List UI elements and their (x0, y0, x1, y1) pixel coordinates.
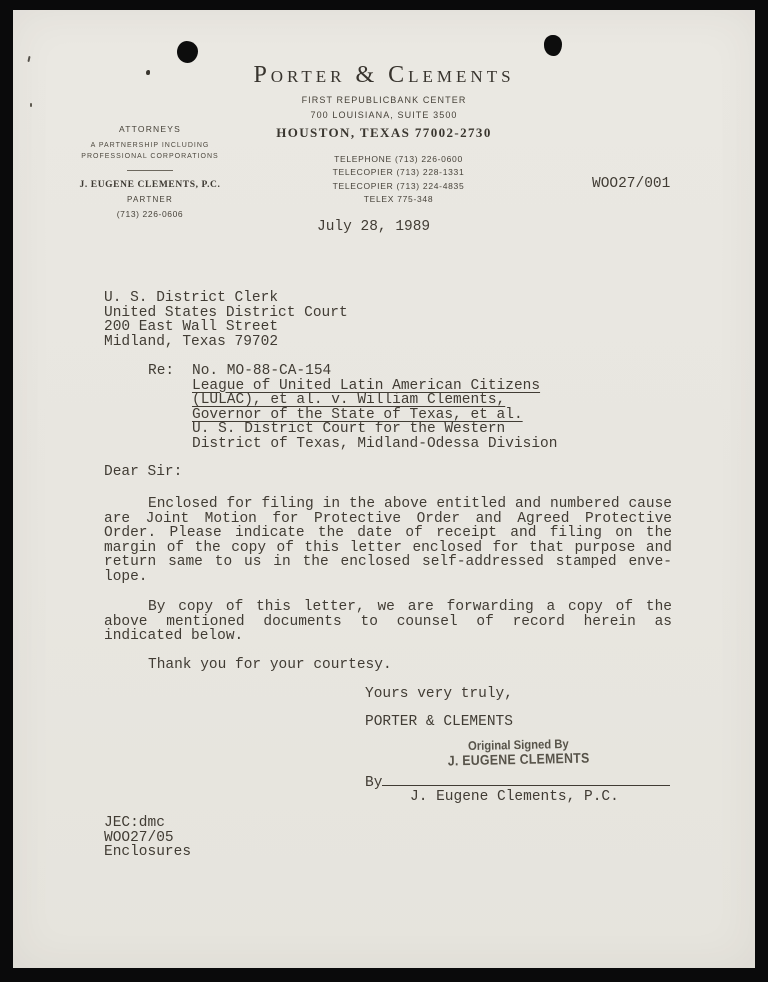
case-party-line: (LULAC), et al. v. William Clements, (192, 393, 557, 408)
partnership-line-1: A PARTNERSHIP INCLUDING (71, 140, 229, 151)
partnership-line-2: PROFESSIONAL CORPORATIONS (71, 151, 229, 162)
typed-signer-name: J. Eugene Clements, P.C. (410, 790, 619, 805)
attorneys-title: ATTORNEYS (71, 124, 229, 134)
telecopier-line-1: TELECOPIER (713) 228-1331 (296, 166, 501, 179)
court-line: District of Texas, Midland-Odessa Divisi… (192, 437, 557, 452)
body-line: lope. (104, 570, 672, 585)
re-block: No. MO-88-CA-154 League of United Latin … (192, 364, 557, 451)
body-line: return same to us in the enclosed self-a… (104, 555, 672, 570)
thanks-line: Thank you for your courtesy. (148, 658, 392, 673)
typist-initials: JEC:dmc (104, 816, 191, 831)
salutation: Dear Sir: (104, 465, 182, 480)
body-line: Order. Please indicate the date of recei… (104, 526, 672, 541)
signature-by-line: By (365, 772, 670, 791)
case-party-line: Governor of the State of Texas, et al. (192, 408, 557, 423)
attorney-name: J. EUGENE CLEMENTS, P.C. (71, 180, 229, 190)
body-line: margin of the copy of this letter enclos… (104, 541, 672, 556)
letterhead-building: FIRST REPUBLICBANK CENTER (13, 95, 755, 105)
body-paragraph-2: By copy of this letter, we are forwardin… (104, 600, 672, 644)
body-line: indicated below. (104, 629, 672, 644)
footer-block: JEC:dmc WOO27/05 Enclosures (104, 816, 191, 860)
recipient-line: United States District Court (104, 306, 348, 321)
enclosures-note: Enclosures (104, 845, 191, 860)
signature-line (382, 772, 670, 786)
attorney-phone: (713) 226-0606 (71, 209, 229, 219)
letterhead-contact: TELEPHONE (713) 226-0600 TELECOPIER (713… (296, 153, 501, 207)
body-line: Enclosed for filing in the above entitle… (104, 497, 672, 512)
firm-signature: PORTER & CLEMENTS (365, 715, 513, 730)
body-paragraph-1: Enclosed for filing in the above entitle… (104, 497, 672, 584)
signature-stamp: Original Signed By J. EUGENE CLEMENTS (411, 736, 627, 769)
firm-name: Porter & Clements (13, 62, 755, 88)
recipient-line: Midland, Texas 79702 (104, 335, 348, 350)
hole-punch-right (544, 35, 562, 56)
valediction: Yours very truly, (365, 687, 513, 702)
date-line: July 28, 1989 (317, 220, 430, 235)
telephone-line: TELEPHONE (713) 226-0600 (296, 153, 501, 166)
letterhead-street: 700 LOUISIANA, SUITE 3500 (13, 110, 755, 120)
reference-number: WOO27/001 (592, 177, 670, 192)
recipient-address: U. S. District Clerk United States Distr… (104, 291, 348, 349)
letterhead-left-column: ATTORNEYS A PARTNERSHIP INCLUDING PROFES… (71, 124, 229, 219)
case-party-line: League of United Latin American Citizens (192, 379, 557, 394)
case-number: No. MO-88-CA-154 (192, 364, 557, 379)
body-line: By copy of this letter, we are forwardin… (104, 600, 672, 615)
court-line: U. S. District Court for the Western (192, 422, 557, 437)
file-number: WOO27/05 (104, 831, 191, 846)
letter-page: Porter & Clements FIRST REPUBLICBANK CEN… (13, 10, 755, 968)
recipient-line: U. S. District Clerk (104, 291, 348, 306)
body-line: above mentioned documents to counsel of … (104, 615, 672, 630)
telecopier-line-2: TELECOPIER (713) 224-4835 (296, 180, 501, 193)
letterhead-divider (127, 170, 173, 171)
by-label: By (365, 775, 382, 791)
telex-line: TELEX 775-348 (296, 193, 501, 206)
attorney-role: PARTNER (71, 195, 229, 204)
recipient-line: 200 East Wall Street (104, 320, 348, 335)
hole-punch-left (177, 41, 198, 63)
body-line: are Joint Motion for Protective Order an… (104, 512, 672, 527)
re-label: Re: (148, 364, 174, 379)
stamp-line-2: J. EUGENE CLEMENTS (424, 750, 613, 769)
